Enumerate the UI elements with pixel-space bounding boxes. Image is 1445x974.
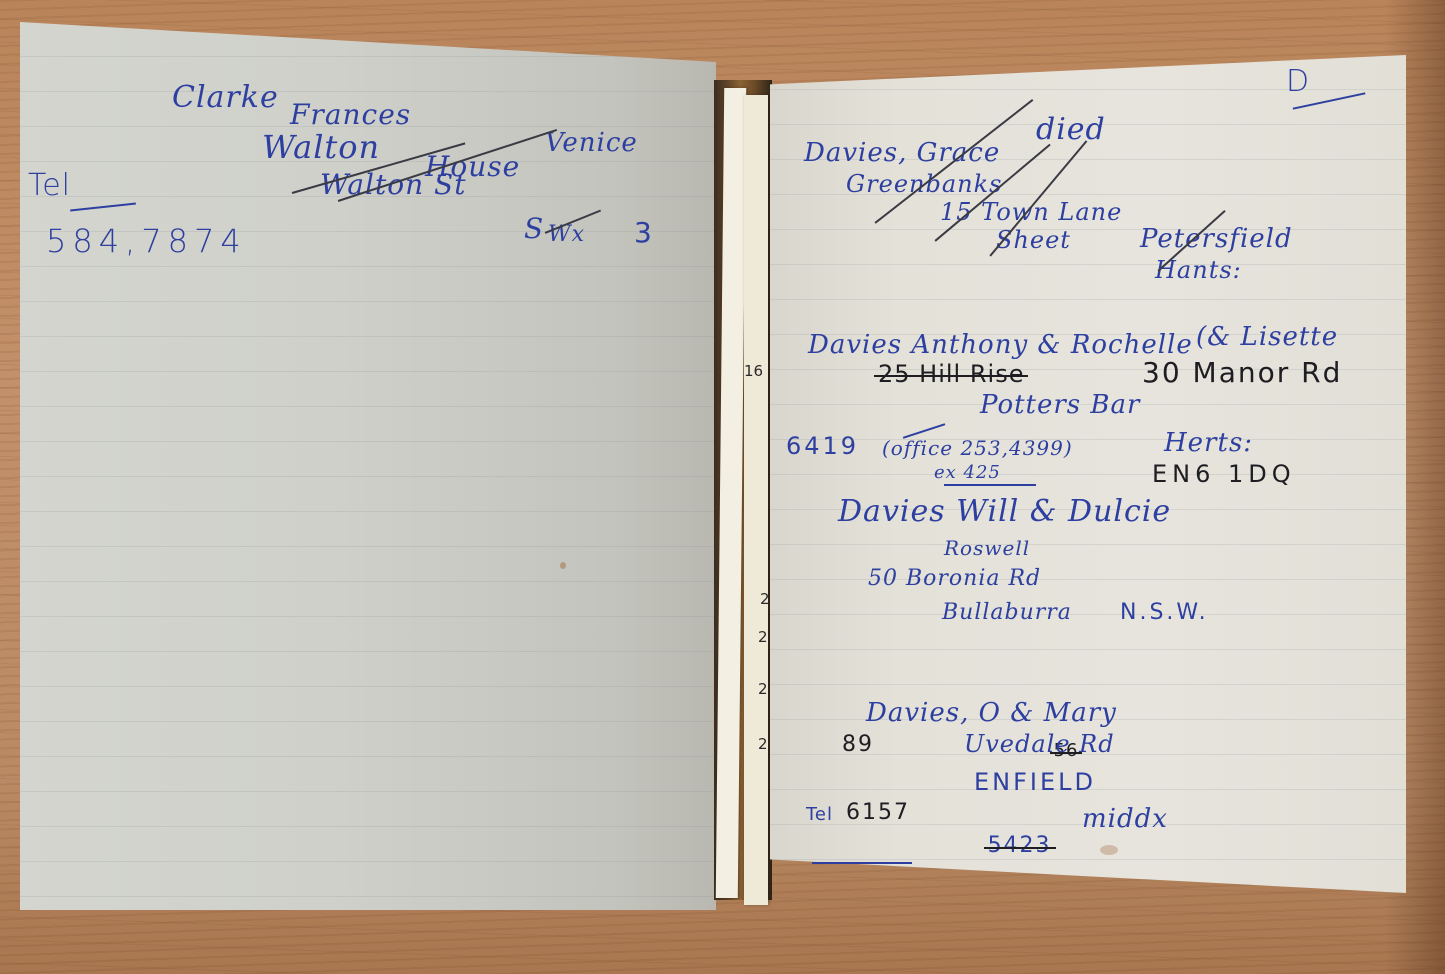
left-tel-label: Tel [28,168,71,203]
entry-line: Sheet [996,226,1071,254]
tab-number: 2 [758,680,768,698]
left-postcode-prefix: S [524,212,544,245]
entry-name: Davies, O & Mary [866,698,1117,728]
entry-new-address: 30 Manor Rd [1142,356,1342,389]
entry-note-died: died [1036,112,1106,147]
entry-line: Uvedale Rd [964,730,1115,758]
left-postcode-suffix: 3 [634,216,653,249]
left-address-walton: Walton [262,128,380,166]
entry-name: Davies, Grace [804,138,1000,168]
entry-line: Potters Bar [980,390,1140,420]
entry-line: Roswell [944,536,1030,560]
entry-phone: 6419 [786,432,859,460]
index-letter: D [1286,64,1310,99]
entry-line: Herts: [1164,428,1253,458]
entry-addendum: (& Lisette [1196,322,1338,352]
index-tab-strip [744,95,768,905]
left-name-first: Frances [290,98,411,131]
entry-line: Petersfield [1140,224,1293,254]
entry-old-address: 25 Hill Rise [878,360,1024,388]
entry-line: Bullaburra [942,600,1072,625]
entry-line: N.S.W. [1120,600,1209,625]
tab-number: 2 [758,628,768,646]
tab-number: 2 [758,735,768,753]
extension-underline [944,484,1036,486]
entry-extension: ex 425 [934,462,1001,483]
entry-line: 50 Boronia Rd [868,566,1041,591]
entry-line: middx [1082,804,1168,834]
entry-line: ENFIELD [974,768,1096,796]
tab-number: 16 [744,362,763,380]
tab-number: 2 [760,590,770,608]
tel-underline [812,862,912,864]
left-postcode-struck: Wx [548,222,585,247]
left-tel-number: 584,7874 [46,222,247,260]
left-name-surname: Clarke [172,80,279,115]
entry-tel-label: Tel [806,804,833,825]
paper-stain [1100,845,1118,855]
entry-tel-number: 6157 [846,800,910,825]
left-city: Venice [545,128,638,158]
entry-house-number: 89 [842,732,874,757]
entry-postcode: EN6 1DQ [1152,460,1296,488]
left-address-street-struck: Walton St [320,168,466,201]
entry-name: Davies Will & Dulcie [838,494,1171,529]
paper-stain [560,562,566,569]
entry-office-phone: (office 253,4399) [882,436,1073,460]
entry-name: Davies Anthony & Rochelle [808,330,1193,360]
entry-old-tel: 5423 [988,833,1052,858]
